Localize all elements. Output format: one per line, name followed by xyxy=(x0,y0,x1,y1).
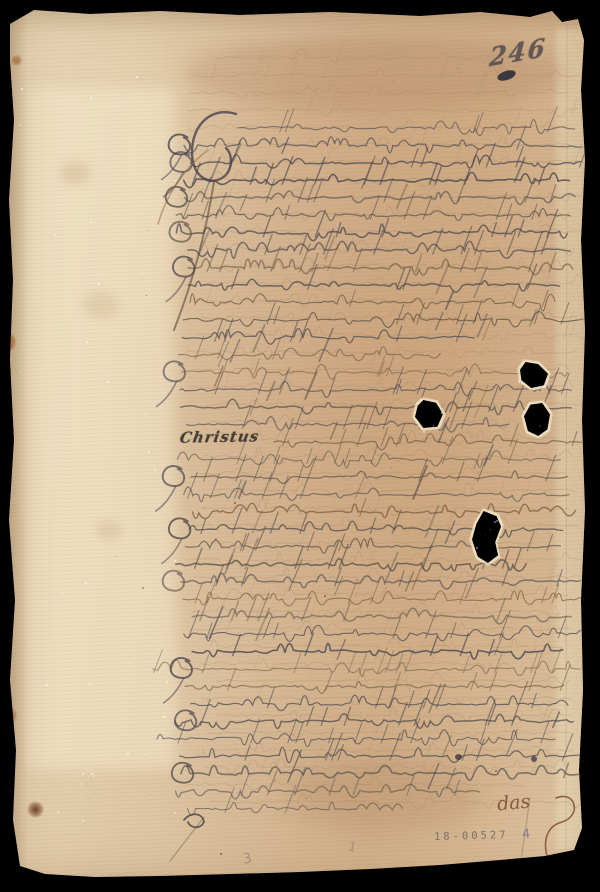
scan-background: 246 Christus das 18-00527 4 3 1 xyxy=(0,0,600,892)
edge-vignette xyxy=(0,0,600,892)
manuscript-page: 246 Christus das 18-00527 4 3 1 xyxy=(0,0,600,892)
